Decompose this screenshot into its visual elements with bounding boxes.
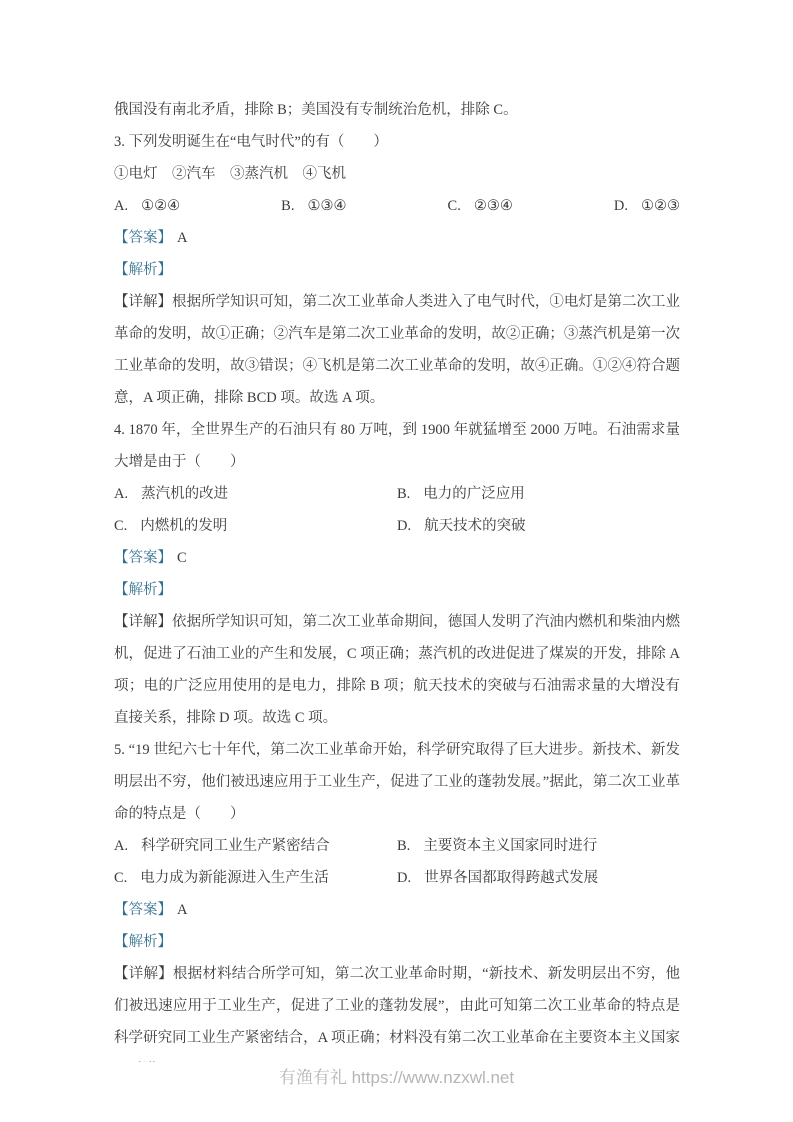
question-block-5: 5. “19 世纪六七十年代，第二次工业革命开始，科学研究取得了巨大进步。新技术… [114, 734, 680, 1086]
answer-line: 【答案】A [114, 894, 680, 926]
option-letter: B. [397, 486, 410, 502]
answer-label: 【答案】 [114, 230, 172, 246]
question-stem: 4. 1870 年，全世界生产的石油只有 80 万吨，到 1900 年就猛增至 … [114, 414, 680, 478]
answer-value: A [177, 230, 187, 246]
option-letter: D. [614, 198, 628, 214]
answer-value: A [177, 902, 187, 918]
answer-line: 【答案】C [114, 542, 680, 574]
answer-label: 【答案】 [114, 902, 172, 918]
page-footer: 有渔有礼 https://www.nzxwl.net [0, 1062, 793, 1102]
analysis-line: 【解析】 [114, 254, 680, 286]
analysis-label: 【解析】 [114, 582, 172, 598]
answer-line: 【答案】A [114, 222, 680, 254]
question-stem: 3. 下列发明诞生在“电气时代”的有（ ） [114, 126, 680, 158]
option-text: ①②③ [641, 198, 680, 214]
option-letter: C. [114, 518, 127, 534]
option-a: A.①②④ [114, 190, 180, 222]
option-letter: A. [114, 198, 128, 214]
document-content: 俄国没有南北矛盾，排除 B；美国没有专制统治危机，排除 C。 3. 下列发明诞生… [114, 94, 680, 1086]
option-c: C.电力成为新能源进入生产生活 [114, 862, 397, 894]
options-grid: A.科学研究同工业生产紧密结合 B.主要资本主义国家同时进行 C.电力成为新能源… [114, 830, 680, 894]
option-d: D.①②③ [614, 190, 680, 222]
option-a: A.科学研究同工业生产紧密结合 [114, 830, 397, 862]
option-c: C.内燃机的发明 [114, 510, 397, 542]
option-text: 主要资本主义国家同时进行 [423, 838, 597, 854]
detail-paragraph: 【详解】依据所学知识可知，第二次工业革命期间，德国人发明了汽油内燃机和柴油内燃机… [114, 606, 680, 734]
option-letter: A. [114, 486, 128, 502]
option-text: 内燃机的发明 [140, 518, 227, 534]
option-text: ①③④ [307, 198, 346, 214]
option-text: 科学研究同工业生产紧密结合 [141, 838, 330, 854]
option-text: 世界各国都取得跨越式发展 [424, 870, 598, 886]
option-d: D.航天技术的突破 [397, 510, 680, 542]
option-text: ②③④ [474, 198, 513, 214]
option-letter: B. [281, 198, 294, 214]
option-letter: A. [114, 838, 128, 854]
question-block-4: 4. 1870 年，全世界生产的石油只有 80 万吨，到 1900 年就猛增至 … [114, 414, 680, 734]
footer-watermark-text: 有渔有礼 https://www.nzxwl.net [279, 1068, 514, 1087]
option-letter: C. [114, 870, 127, 886]
option-letter: C. [448, 198, 461, 214]
option-letter: D. [397, 870, 411, 886]
answer-label: 【答案】 [114, 550, 172, 566]
option-text: 蒸汽机的改进 [141, 486, 228, 502]
option-d: D.世界各国都取得跨越式发展 [397, 862, 680, 894]
option-b: B.电力的广泛应用 [397, 478, 680, 510]
question-block-3: 3. 下列发明诞生在“电气时代”的有（ ） ①电灯 ②汽车 ③蒸汽机 ④飞机 A… [114, 126, 680, 414]
question-stem: 5. “19 世纪六七十年代，第二次工业革命开始，科学研究取得了巨大进步。新技术… [114, 734, 680, 830]
option-letter: B. [397, 838, 410, 854]
answer-value: C [177, 550, 187, 566]
option-letter: D. [397, 518, 411, 534]
analysis-line: 【解析】 [114, 926, 680, 958]
options-grid: A.蒸汽机的改进 B.电力的广泛应用 C.内燃机的发明 D.航天技术的突破 [114, 478, 680, 542]
option-text: 航天技术的突破 [424, 518, 526, 534]
prev-question-analysis-tail: 俄国没有南北矛盾，排除 B；美国没有专制统治危机，排除 C。 [114, 94, 680, 126]
option-text: 电力成为新能源进入生产生活 [140, 870, 329, 886]
option-b: B.①③④ [281, 190, 346, 222]
option-text: 电力的广泛应用 [423, 486, 525, 502]
options-row: A.①②④ B.①③④ C.②③④ D.①②③ [114, 190, 680, 222]
option-b: B.主要资本主义国家同时进行 [397, 830, 680, 862]
analysis-line: 【解析】 [114, 574, 680, 606]
option-a: A.蒸汽机的改进 [114, 478, 397, 510]
analysis-label: 【解析】 [114, 934, 172, 950]
option-text: ①②④ [141, 198, 180, 214]
question-numbered-items: ①电灯 ②汽车 ③蒸汽机 ④飞机 [114, 158, 680, 190]
option-c: C.②③④ [448, 190, 513, 222]
detail-paragraph: 【详解】根据所学知识可知，第二次工业革命人类进入了电气时代，①电灯是第二次工业革… [114, 286, 680, 414]
analysis-label: 【解析】 [114, 262, 172, 278]
